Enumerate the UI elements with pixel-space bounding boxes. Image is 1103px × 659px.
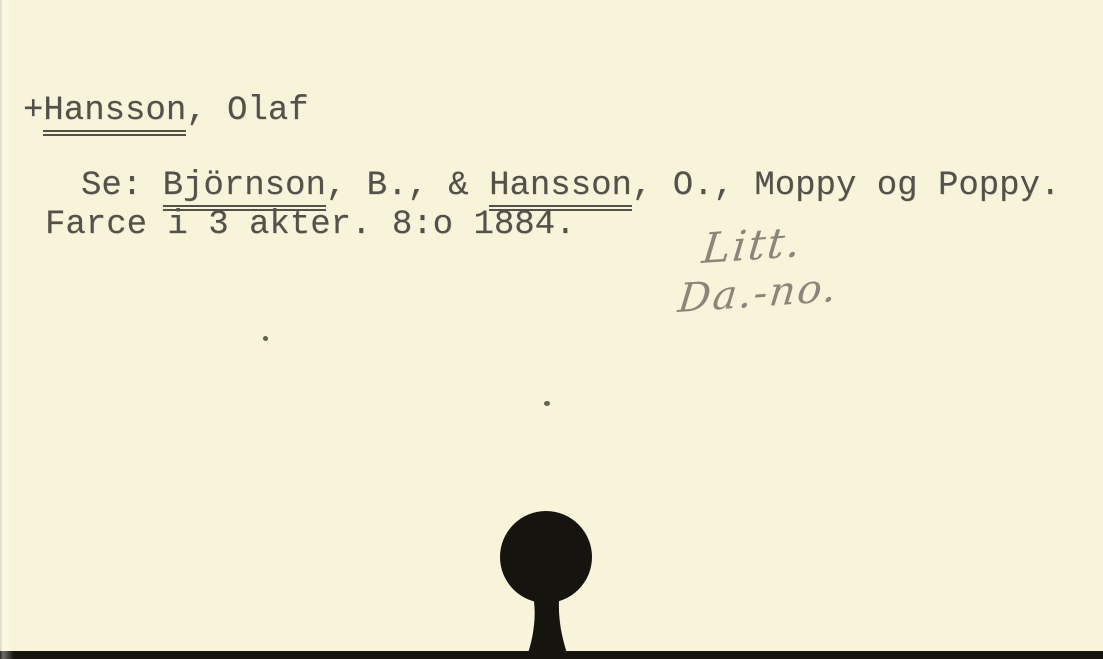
heading-surname: Hansson [43, 92, 186, 136]
reference-title: , O., Moppy og Poppy. [632, 167, 1060, 205]
heading-line: +Hansson, Olaf [23, 94, 309, 128]
ink-speck [263, 336, 268, 341]
detail-line: Farce i 3 akter. 8:o 1884. [45, 208, 576, 242]
referenced-author-bjornson: Björnson [163, 167, 326, 211]
ink-speck [544, 401, 550, 406]
scan-bottom-edge [0, 651, 1103, 659]
heading-forename: , Olaf [186, 92, 308, 130]
heading-prefix: + [23, 92, 43, 130]
see-label: Se: [81, 167, 163, 205]
referenced-author-hansson: Hansson [489, 167, 632, 211]
handwritten-note-da-no: Da.-no. [676, 265, 840, 322]
handwritten-note-litt: Litt. [700, 217, 805, 273]
punch-hole-stem [526, 590, 569, 659]
reference-separator: , B., & [326, 167, 489, 205]
catalog-card: +Hansson, Olaf Se: Björnson, B., & Hanss… [0, 0, 1103, 659]
see-reference-line: Se: Björnson, B., & Hansson, O., Moppy o… [81, 169, 1060, 203]
punch-hole-circle [500, 511, 592, 603]
